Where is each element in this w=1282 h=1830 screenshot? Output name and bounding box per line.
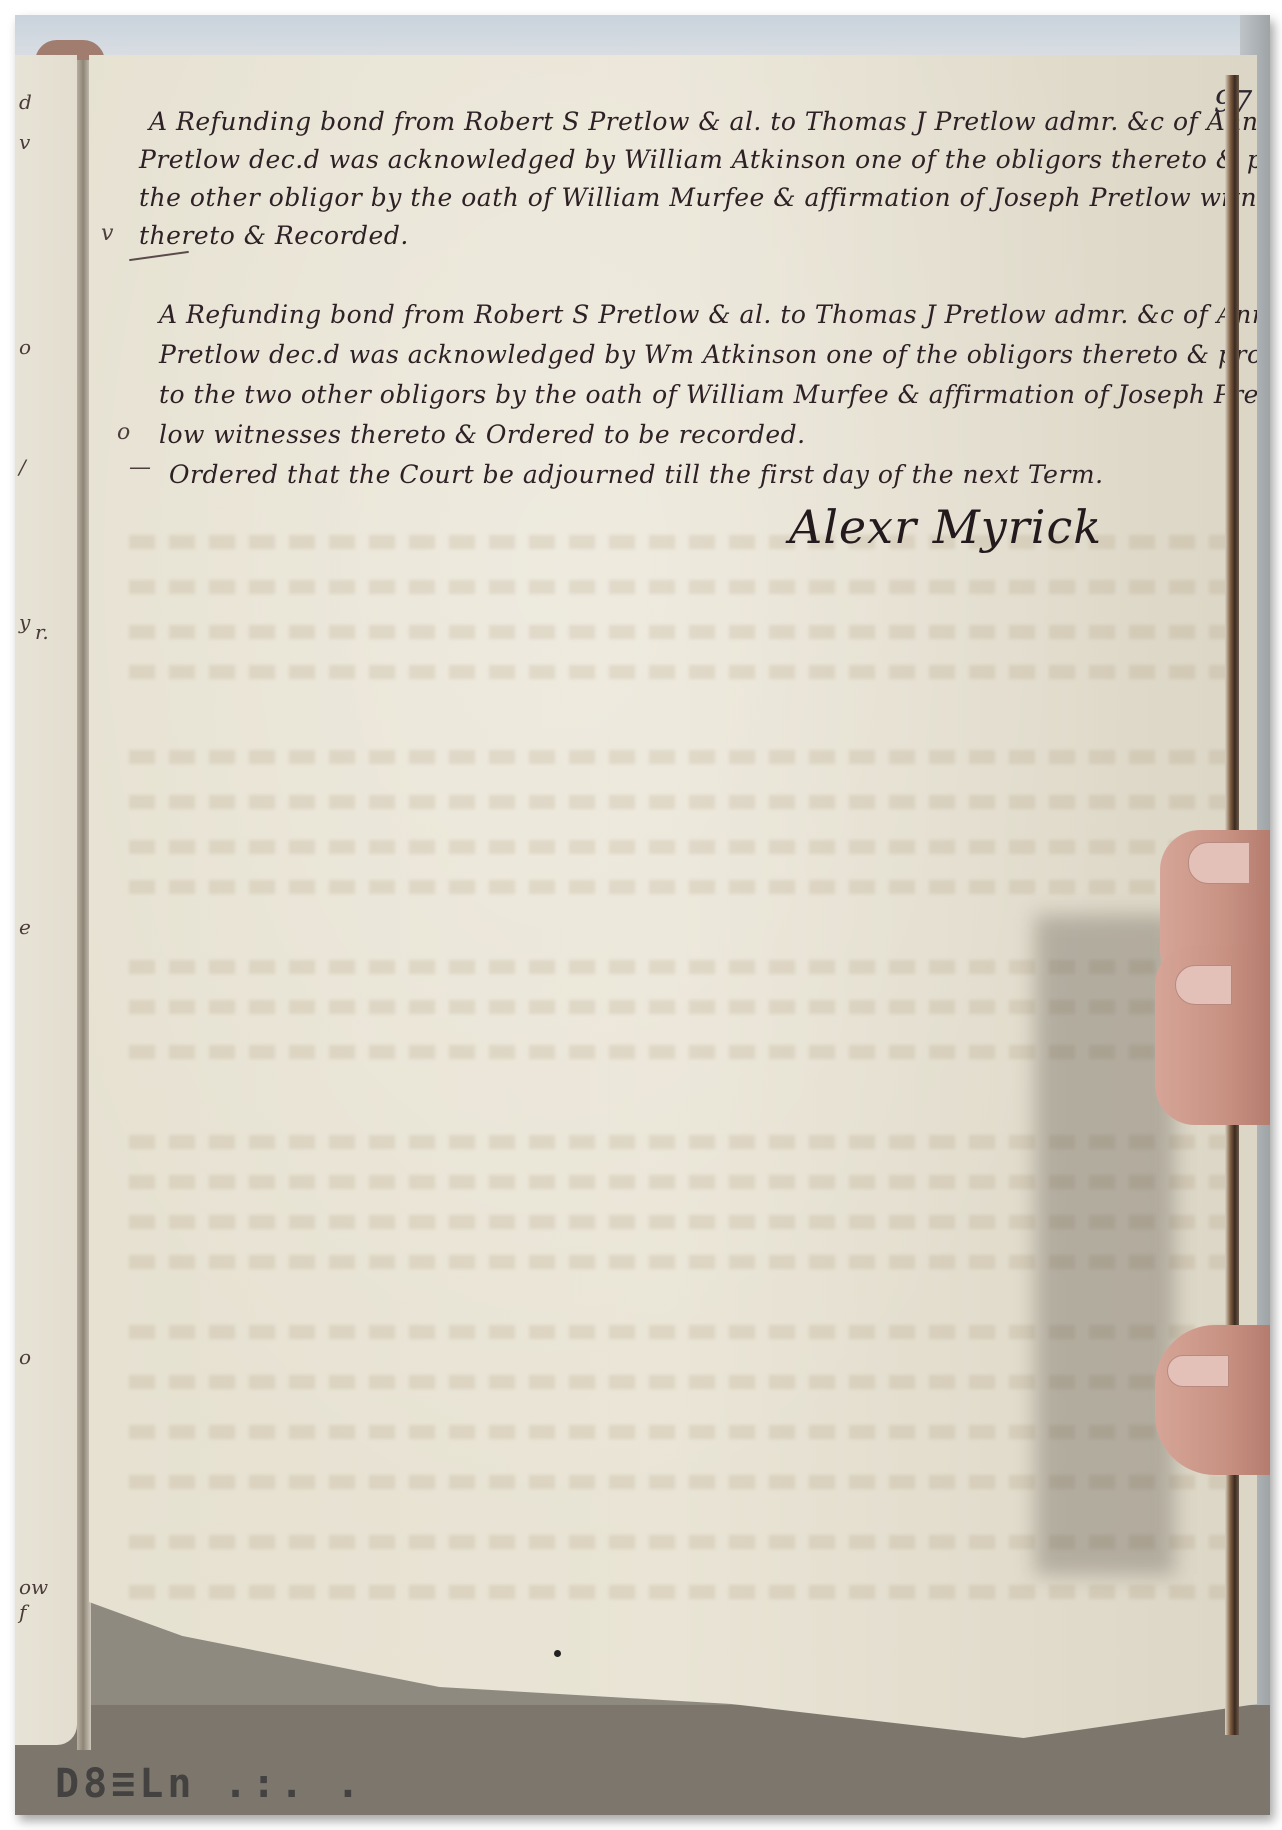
bleed-through xyxy=(129,880,1229,894)
margin-mark: v xyxy=(101,221,113,246)
bleed-through xyxy=(129,665,1229,679)
bleed-through xyxy=(129,625,1229,639)
left-page-fragment: ow xyxy=(19,1575,48,1599)
clerk-signature: Alexr Myrick xyxy=(789,500,1102,554)
entry-1-line-4: thereto & Recorded. xyxy=(139,221,409,250)
bleed-through xyxy=(129,1585,1229,1599)
entry-2-line-1: A Refunding bond from Robert S Pretlow &… xyxy=(159,300,1268,329)
entry-1-line-3: the other obligor by the oath of William… xyxy=(139,183,1270,212)
left-page-fragment: d xyxy=(19,90,32,114)
margin-mark: o xyxy=(117,420,130,445)
left-page-fragment: f xyxy=(19,1600,26,1624)
entry-2-line-3: to the two other obligors by the oath of… xyxy=(159,380,1270,409)
entry-1-line-1: A Refunding bond from Robert S Pretlow &… xyxy=(149,107,1258,136)
entry-1-line-2: Pretlow dec.d was acknowledged by Willia… xyxy=(139,145,1270,174)
bleed-through xyxy=(129,795,1229,809)
margin-mark: — xyxy=(129,455,151,480)
ink-spot xyxy=(554,1650,561,1657)
left-page-fragment: e xyxy=(19,915,31,939)
left-page: d v o / y r. e o ow f xyxy=(15,55,77,1745)
thumbnail xyxy=(1167,1355,1229,1387)
backdrop-wall xyxy=(15,15,1270,55)
ledger-photo: D8≡Ln .:. . d v o / y r. e o ow f xyxy=(15,15,1270,1815)
left-page-fragment: v xyxy=(19,130,30,154)
entry-2-line-2: Pretlow dec.d was acknowledged by Wm Atk… xyxy=(159,340,1270,369)
fingernail xyxy=(1188,842,1250,884)
hand-shadow xyxy=(1035,915,1175,1575)
bleed-through xyxy=(129,750,1229,764)
left-page-fragment: r. xyxy=(35,620,49,644)
left-page-fragment: / xyxy=(19,455,26,479)
left-page-fragment: o xyxy=(19,335,31,359)
cloth-print: D8≡Ln .:. . xyxy=(55,1761,364,1807)
fingernail xyxy=(1175,965,1232,1005)
entry-2-line-4: low witnesses thereto & Ordered to be re… xyxy=(159,420,806,449)
bleed-through xyxy=(129,580,1229,594)
left-page-fragment: o xyxy=(19,1345,31,1369)
hand-thumb xyxy=(1155,1325,1270,1475)
bleed-through xyxy=(129,840,1229,854)
hand-finger-2 xyxy=(1155,945,1270,1125)
margin-stroke xyxy=(129,251,189,261)
book-gutter xyxy=(77,60,91,1750)
entry-3-line-1: Ordered that the Court be adjourned till… xyxy=(169,460,1104,489)
left-page-fragment: y xyxy=(19,610,30,634)
